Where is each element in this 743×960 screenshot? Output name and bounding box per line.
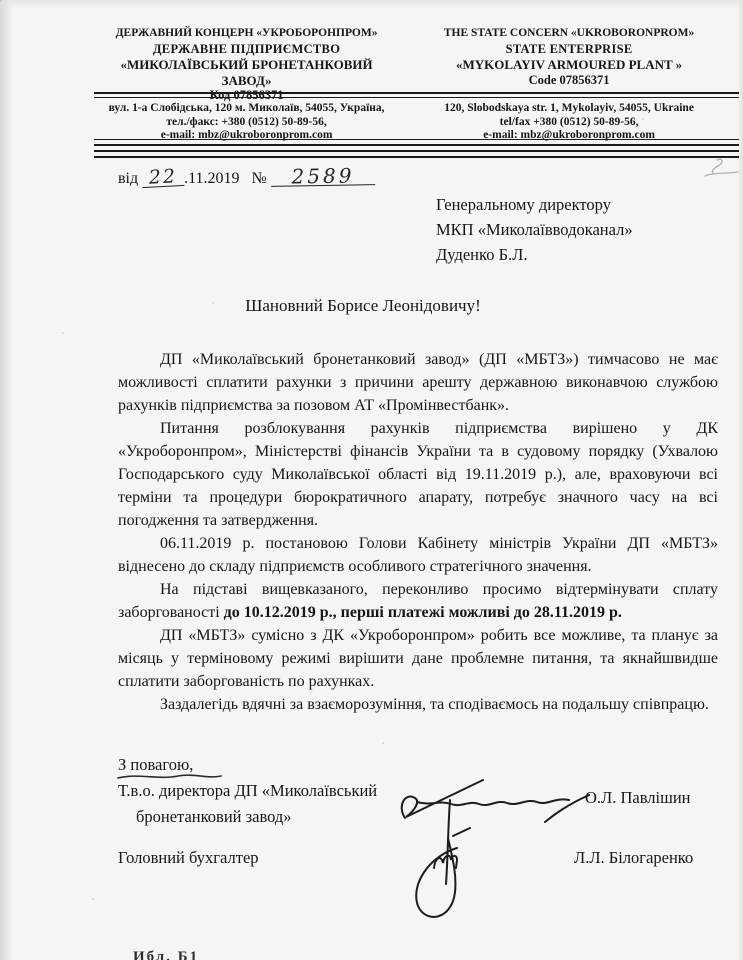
separator-line-middle <box>94 139 739 146</box>
paragraph-3: 06.11.2019 р. постановою Голови Кабінету… <box>118 532 718 578</box>
address-english: 120, Slobodskaya str. 1, Mykolayiv, 5405… <box>398 102 740 143</box>
separator-line-bottom <box>94 150 739 158</box>
concern-name-ua: ДЕРЖАВНИЙ КОНЦЕРН «УКРОБОРОНПРОМ» <box>95 26 398 42</box>
handwritten-day: 22 <box>142 168 185 188</box>
signer1-title-line1: Т.в.о. директора ДП «Миколаївський <box>118 778 377 804</box>
scan-edge-left <box>0 0 14 960</box>
number-sign: № <box>252 170 267 187</box>
paragraph-2: Питання розблокування рахунків підприємс… <box>118 417 718 532</box>
signer1-title-line2: бронетанковий завод» <box>118 804 377 830</box>
paragraph-5: ДП «МБТЗ» сумісно з ДК «Укроборонпром» р… <box>118 624 718 693</box>
closing-block: З повагою, Т.в.о. директора ДП «Миколаїв… <box>118 752 377 830</box>
address-ukrainian: вул. 1-а Слобідська, 120 м. Миколаїв, 54… <box>95 102 398 143</box>
company-code-en: Code 07856371 <box>398 73 740 89</box>
salutation: Шановний Борисе Леонідовичу! <box>63 296 663 316</box>
regards-line: З повагою, <box>118 752 193 778</box>
phone-ua: тел./факс: +380 (0512) 50-89-56, <box>95 116 398 130</box>
concern-name-en: THE STATE CONCERN «UKROBORONPROM» <box>398 26 740 42</box>
address-block: вул. 1-а Слобідська, 120 м. Миколаїв, 54… <box>95 102 740 143</box>
signer2-title: Головний бухгалтер <box>118 848 259 868</box>
signer2-name: Л.Л. Білогаренко <box>574 848 693 868</box>
payment-deadline-bold: до 10.12.2019 р., перші платежі можливі … <box>224 604 622 621</box>
recipient-company: МКП «Миколаївводоканал» <box>436 217 633 242</box>
enterprise-type-ua: ДЕРЖАВНЕ ПІДПРИЄМСТВО <box>95 42 398 58</box>
plant-name-ua: «МИКОЛАЇВСЬКИЙ БРОНЕТАНКОВИЙ ЗАВОД» <box>95 57 398 88</box>
scanned-letter-page: ДЕРЖАВНИЙ КОНЦЕРН «УКРОБОРОНПРОМ» ДЕРЖАВ… <box>0 0 743 960</box>
handwritten-number: 2589 <box>271 166 375 187</box>
scan-speckles <box>0 0 2 2</box>
street-address-en: 120, Slobodskaya str. 1, Mykolayiv, 5405… <box>398 102 740 116</box>
phone-en: tel/fax +380 (0512) 50-89-56, <box>398 116 740 130</box>
recipient-block: Генеральному директору МКП «Миколаївводо… <box>436 192 633 267</box>
cut-off-text-fragment: Ибл. Б1 <box>133 949 199 960</box>
street-address-ua: вул. 1-а Слобідська, 120 м. Миколаїв, 54… <box>95 102 398 116</box>
reference-line: від 22.11.2019 №2589 <box>118 167 375 188</box>
enterprise-type-en: STATE ENTERPRISE <box>398 42 740 58</box>
plant-name-en: «MYKOLAYIV ARMOURED PLANT » <box>398 57 740 73</box>
pen-mark <box>697 156 742 184</box>
handwritten-underline <box>116 771 224 781</box>
letter-body: ДП «Миколаївський бронетанковий завод» (… <box>118 348 718 716</box>
signature-scribble-bilogarenko <box>402 796 487 924</box>
date-prefix: від <box>118 170 138 187</box>
paragraph-4: На підставі вищевказаного, переконливо п… <box>118 578 718 624</box>
date-rest: .11.2019 <box>184 170 239 187</box>
recipient-name: Дуденко Б.Л. <box>436 242 633 267</box>
signer1-name: О.Л. Павлішин <box>585 788 690 808</box>
separator-line-top <box>94 92 739 98</box>
recipient-position: Генеральному директору <box>436 192 633 217</box>
paragraph-6: Заздалегідь вдячні за взаєморозуміння, т… <box>118 693 718 716</box>
scan-edge-top <box>0 0 743 8</box>
paragraph-1: ДП «Миколаївський бронетанковий завод» (… <box>118 348 718 417</box>
